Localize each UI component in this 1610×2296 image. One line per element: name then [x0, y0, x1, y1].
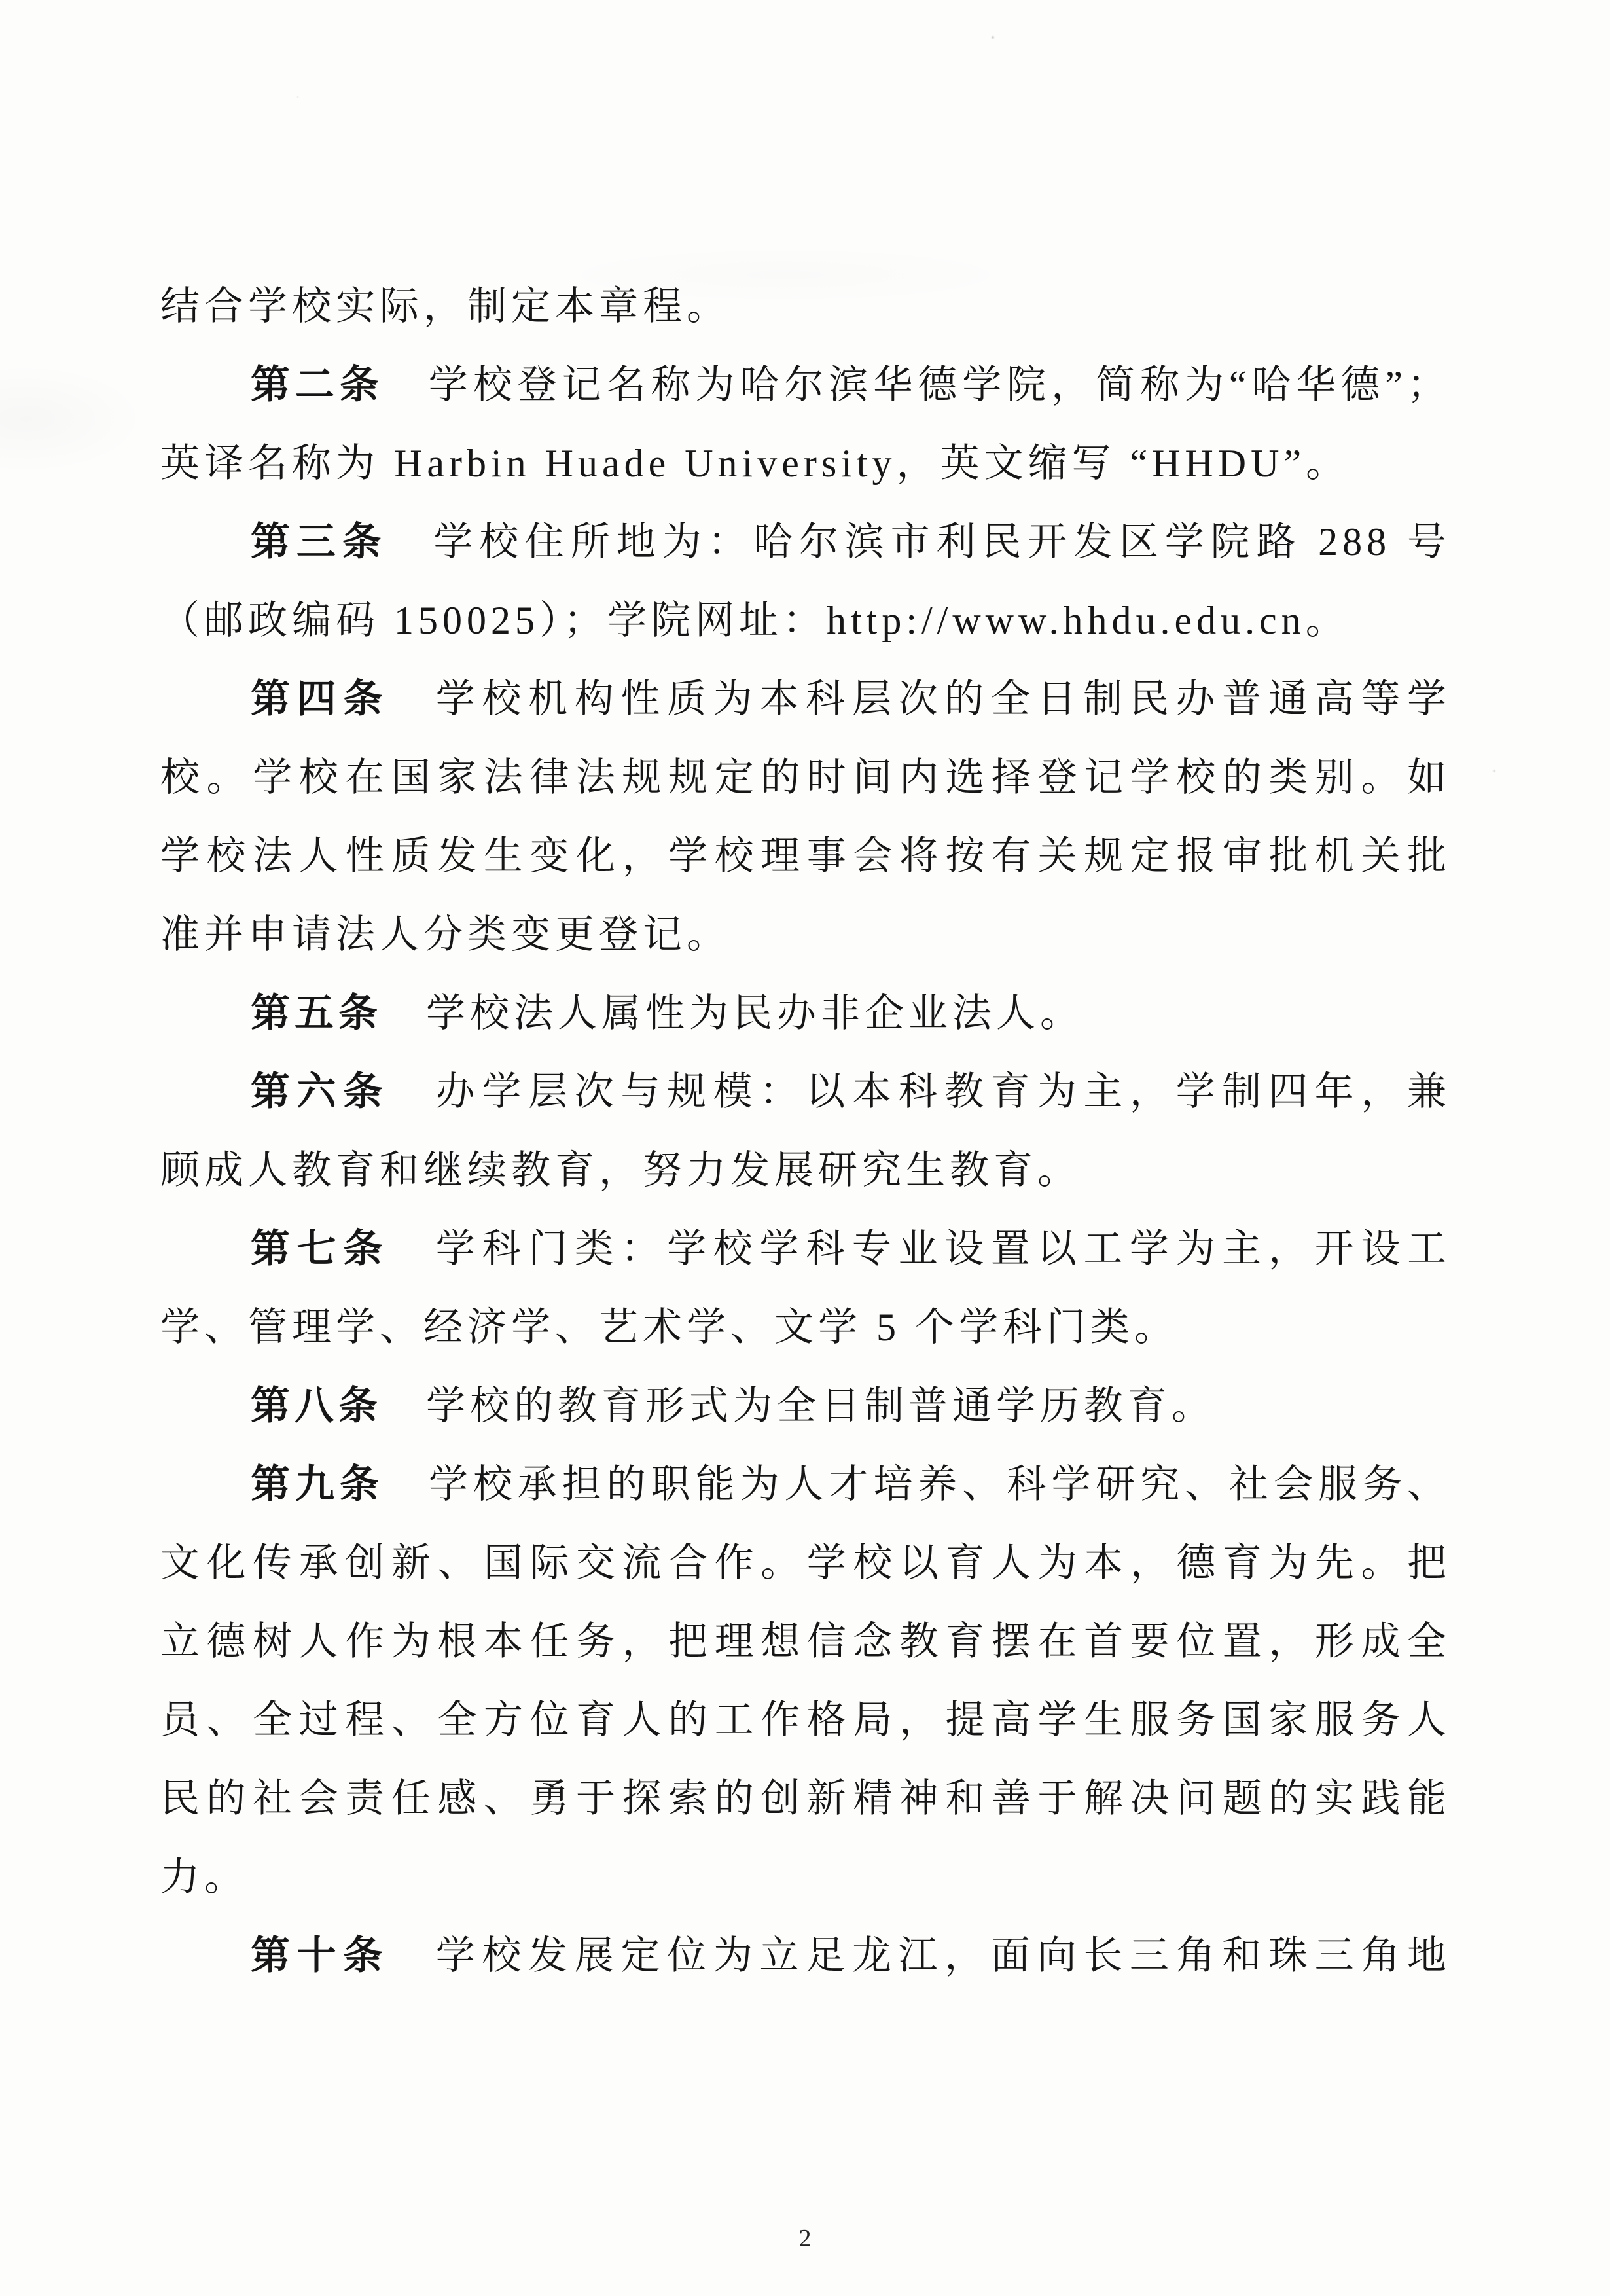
text-line: 员、全过程、全方位育人的工作格局，提高学生服务国家服务人 — [160, 1681, 1451, 1759]
article-number: 第五条 — [251, 992, 382, 1035]
line-text: （邮政编码 150025）；学院网址：http://www.hhdu.edu.c… — [160, 599, 1350, 642]
line-text: 员、全过程、全方位育人的工作格局，提高学生服务国家服务人 — [160, 1698, 1451, 1742]
article-number: 第七条 — [251, 1227, 389, 1270]
line-text: 学校的教育形式为全日制普通学历教育。 — [382, 1384, 1215, 1427]
text-line: 力。 — [160, 1838, 1451, 1916]
line-text: 学校发展定位为立足龙江，面向长三角和珠三角地 — [389, 1934, 1451, 1977]
line-text: 学科门类：学校学科专业设置以工学为主，开设工 — [389, 1227, 1451, 1270]
line-text: 学校机构性质为本科层次的全日制民办普通高等学 — [389, 677, 1451, 721]
line-text: 立德树人作为根本任务，把理想信念教育摆在首要位置，形成全 — [160, 1620, 1451, 1663]
text-line: 顾成人教育和继续教育，努力发展研究生教育。 — [160, 1131, 1451, 1210]
text-line: 校。学校在国家法律法规规定的时间内选择登记学校的类别。如 — [160, 738, 1451, 817]
line-text: 学校登记名称为哈尔滨华德学院，简称为“哈华德”； — [384, 363, 1451, 406]
text-line: 第三条 学校住所地为：哈尔滨市利民开发区学院路 288 号 — [160, 503, 1451, 581]
line-text: 准并申请法人分类变更登记。 — [160, 913, 730, 956]
line-text: 结合学校实际，制定本章程。 — [160, 285, 730, 328]
article-number: 第十条 — [251, 1934, 389, 1977]
text-line: 第八条 学校的教育形式为全日制普通学历教育。 — [160, 1367, 1451, 1445]
article-number: 第二条 — [251, 363, 384, 406]
document-body: 结合学校实际，制定本章程。第二条 学校登记名称为哈尔滨华德学院，简称为“哈华德”… — [160, 267, 1451, 1995]
text-line: 第四条 学校机构性质为本科层次的全日制民办普通高等学 — [160, 660, 1451, 738]
line-text: 校。学校在国家法律法规规定的时间内选择登记学校的类别。如 — [160, 756, 1451, 799]
text-line: 结合学校实际，制定本章程。 — [160, 267, 1451, 346]
text-line: 第十条 学校发展定位为立足龙江，面向长三角和珠三角地 — [160, 1916, 1451, 1995]
article-number: 第四条 — [251, 677, 389, 721]
line-text: 学校住所地为：哈尔滨市利民开发区学院路 288 号 — [388, 520, 1451, 564]
line-text: 学校法人属性为民办非企业法人。 — [382, 992, 1084, 1035]
article-number: 第八条 — [251, 1384, 382, 1427]
text-line: 学校法人性质发生变化，学校理事会将按有关规定报审批机关批 — [160, 817, 1451, 895]
text-line: 第五条 学校法人属性为民办非企业法人。 — [160, 974, 1451, 1052]
text-line: 民的社会责任感、勇于探索的创新精神和善于解决问题的实践能 — [160, 1759, 1451, 1838]
line-text: 文化传承创新、国际交流合作。学校以育人为本，德育为先。把 — [160, 1541, 1451, 1585]
article-number: 第九条 — [251, 1463, 384, 1506]
line-text: 顾成人教育和继续教育，努力发展研究生教育。 — [160, 1149, 1081, 1192]
line-text: 民的社会责任感、勇于探索的创新精神和善于解决问题的实践能 — [160, 1777, 1451, 1820]
line-text: 办学层次与规模：以本科教育为主，学制四年，兼 — [389, 1070, 1451, 1113]
text-line: 第九条 学校承担的职能为人才培养、科学研究、社会服务、 — [160, 1445, 1451, 1524]
text-line: 第六条 办学层次与规模：以本科教育为主，学制四年，兼 — [160, 1052, 1451, 1131]
document-page: 结合学校实际，制定本章程。第二条 学校登记名称为哈尔滨华德学院，简称为“哈华德”… — [0, 0, 1610, 2296]
text-line: 学、管理学、经济学、艺术学、文学 5 个学科门类。 — [160, 1288, 1451, 1367]
text-line: 立德树人作为根本任务，把理想信念教育摆在首要位置，形成全 — [160, 1602, 1451, 1681]
text-line: 准并申请法人分类变更登记。 — [160, 895, 1451, 974]
text-line: 文化传承创新、国际交流合作。学校以育人为本，德育为先。把 — [160, 1524, 1451, 1602]
text-line: 第二条 学校登记名称为哈尔滨华德学院，简称为“哈华德”； — [160, 346, 1451, 424]
page-number: 2 — [0, 2224, 1610, 2253]
article-number: 第六条 — [251, 1070, 389, 1113]
line-text: 学、管理学、经济学、艺术学、文学 5 个学科门类。 — [160, 1306, 1178, 1349]
line-text: 学校法人性质发生变化，学校理事会将按有关规定报审批机关批 — [160, 834, 1451, 878]
text-line: （邮政编码 150025）；学院网址：http://www.hhdu.edu.c… — [160, 581, 1451, 660]
line-text: 英译名称为 Harbin Huade University，英文缩写 “HHDU… — [160, 442, 1350, 485]
line-text: 学校承担的职能为人才培养、科学研究、社会服务、 — [384, 1463, 1451, 1506]
text-line: 英译名称为 Harbin Huade University，英文缩写 “HHDU… — [160, 424, 1451, 503]
text-line: 第七条 学科门类：学校学科专业设置以工学为主，开设工 — [160, 1210, 1451, 1288]
line-text: 力。 — [160, 1856, 248, 1899]
article-number: 第三条 — [251, 520, 388, 564]
